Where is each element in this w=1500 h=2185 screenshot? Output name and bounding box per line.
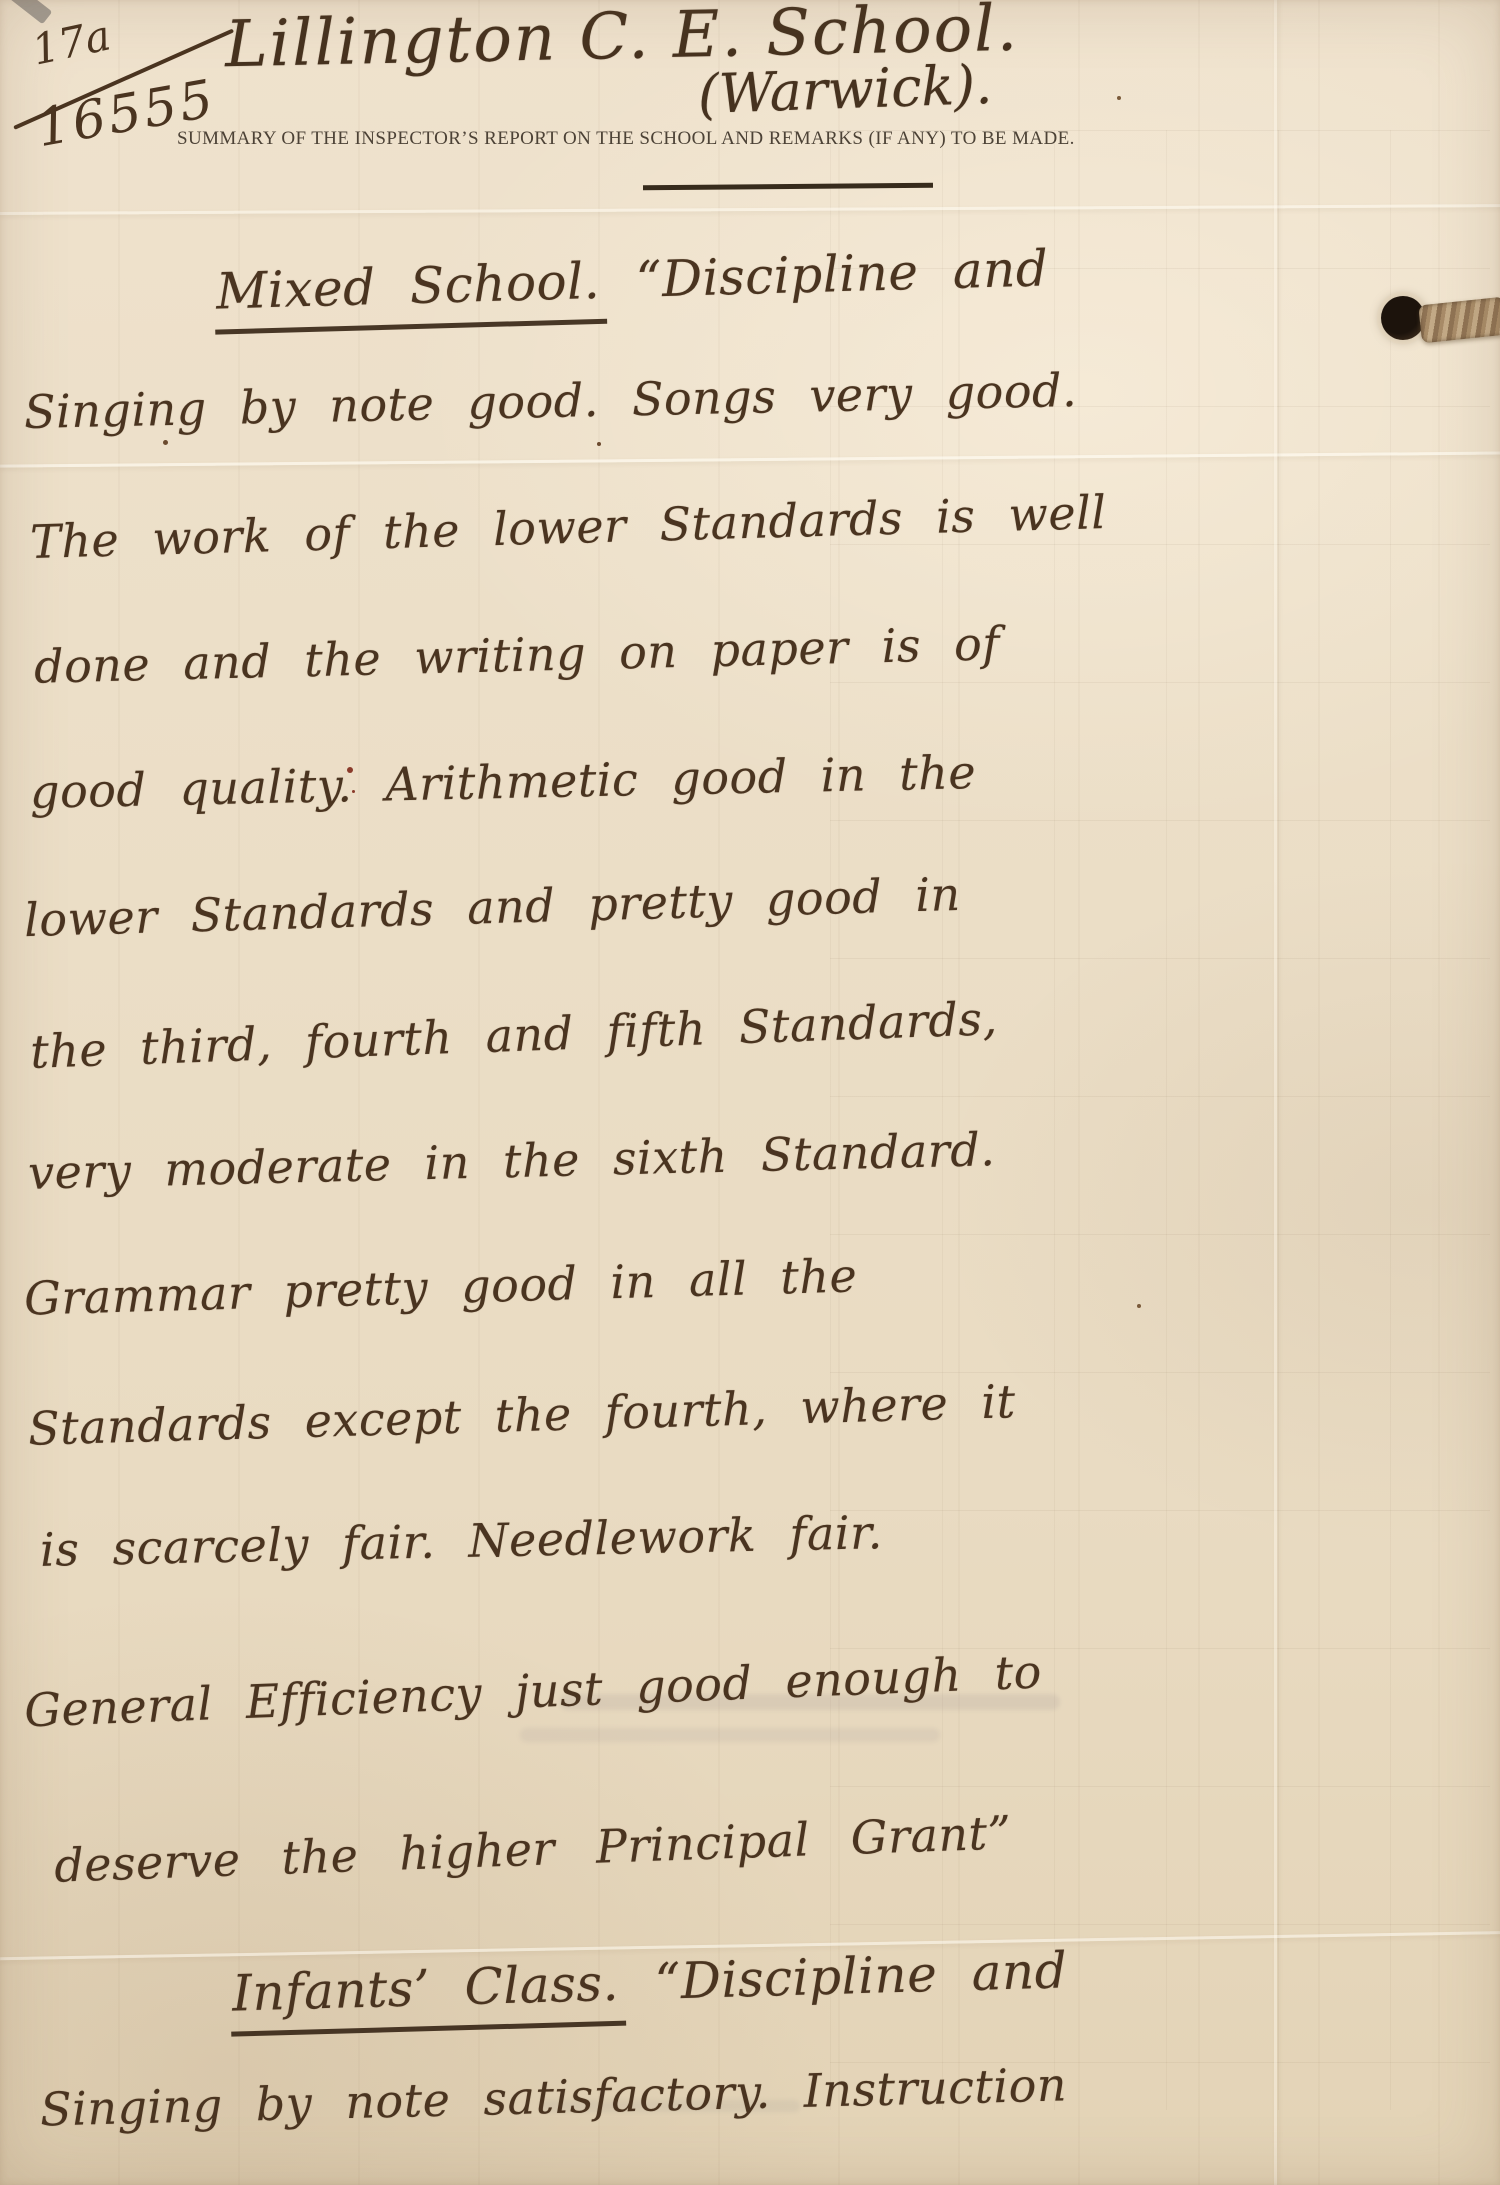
fold-line xyxy=(1274,0,1277,2185)
handwritten-line: The work of the lower Standards is well xyxy=(29,483,1107,573)
handwritten-line: very moderate in the sixth Standard. xyxy=(27,1120,996,1203)
line-text: “Discipline and xyxy=(654,1941,1068,2010)
ink-speck xyxy=(163,440,168,445)
ink-speck xyxy=(1117,96,1121,100)
section-heading-infants-class: Infants’ Class. xyxy=(229,1954,626,2037)
handwritten-line: deserve the higher Principal Grant” xyxy=(53,1803,1012,1896)
ink-speck xyxy=(597,442,601,446)
binding-string xyxy=(1418,297,1500,344)
handwritten-line: Singing by note satisfactory. Instructio… xyxy=(39,2055,1067,2140)
handwritten-line: good quality. Arithmetic good in the xyxy=(29,743,976,823)
line-text: very moderate in the sixth Standard. xyxy=(27,1122,995,1200)
ink-bleedthrough xyxy=(520,1728,940,1742)
line-text: Singing by note satisfactory. Instructio… xyxy=(39,2057,1067,2136)
line-text: Grammar pretty good in all the xyxy=(23,1248,858,1325)
handwritten-line: Grammar pretty good in all the xyxy=(23,1246,858,1329)
inspector-report-page: 17a 16555 Lillington C. E. School. (Warw… xyxy=(0,0,1500,2185)
handwritten-line: is scarcely fair. Needlework fair. xyxy=(39,1503,883,1580)
handwritten-line: lower Standards and pretty good in xyxy=(23,865,961,951)
line-text: General Efficiency just good enough to xyxy=(23,1644,1042,1737)
handwritten-line: General Efficiency just good enough to xyxy=(23,1642,1043,1741)
line-text: lower Standards and pretty good in xyxy=(23,867,961,947)
line-text: the third, fourth and fifth Standards, xyxy=(29,991,998,1079)
line-text: “Discipline and xyxy=(635,239,1049,308)
reference-numerator: 17a xyxy=(28,10,115,74)
printed-heading: SUMMARY OF THE INSPECTOR’S REPORT ON THE… xyxy=(177,128,977,150)
line-text: Standards except the fourth, where it xyxy=(27,1374,1016,1456)
punch-hole xyxy=(1381,296,1425,340)
handwritten-line: Mixed School.“Discipline and xyxy=(213,236,1049,324)
line-text: done and the writing on paper is of xyxy=(33,616,1000,694)
line-text: is scarcely fair. Needlework fair. xyxy=(40,1505,884,1577)
line-text: good quality. Arithmetic good in the xyxy=(30,745,977,819)
handwritten-line: Standards except the fourth, where it xyxy=(27,1372,1016,1459)
line-text: Singing by note good. Songs very good. xyxy=(24,363,1078,439)
school-location: (Warwick). xyxy=(654,51,1036,127)
line-text: deserve the higher Principal Grant” xyxy=(53,1805,1012,1892)
handwritten-line: the third, fourth and fifth Standards, xyxy=(29,989,998,1083)
section-heading-mixed-school: Mixed School. xyxy=(213,252,607,335)
line-text: The work of the lower Standards is well xyxy=(29,485,1107,569)
heading-rule xyxy=(643,183,933,191)
ink-speck xyxy=(1137,1304,1141,1308)
handwritten-line: Singing by note good. Songs very good. xyxy=(23,361,1077,443)
handwritten-line: done and the writing on paper is of xyxy=(33,614,1000,697)
